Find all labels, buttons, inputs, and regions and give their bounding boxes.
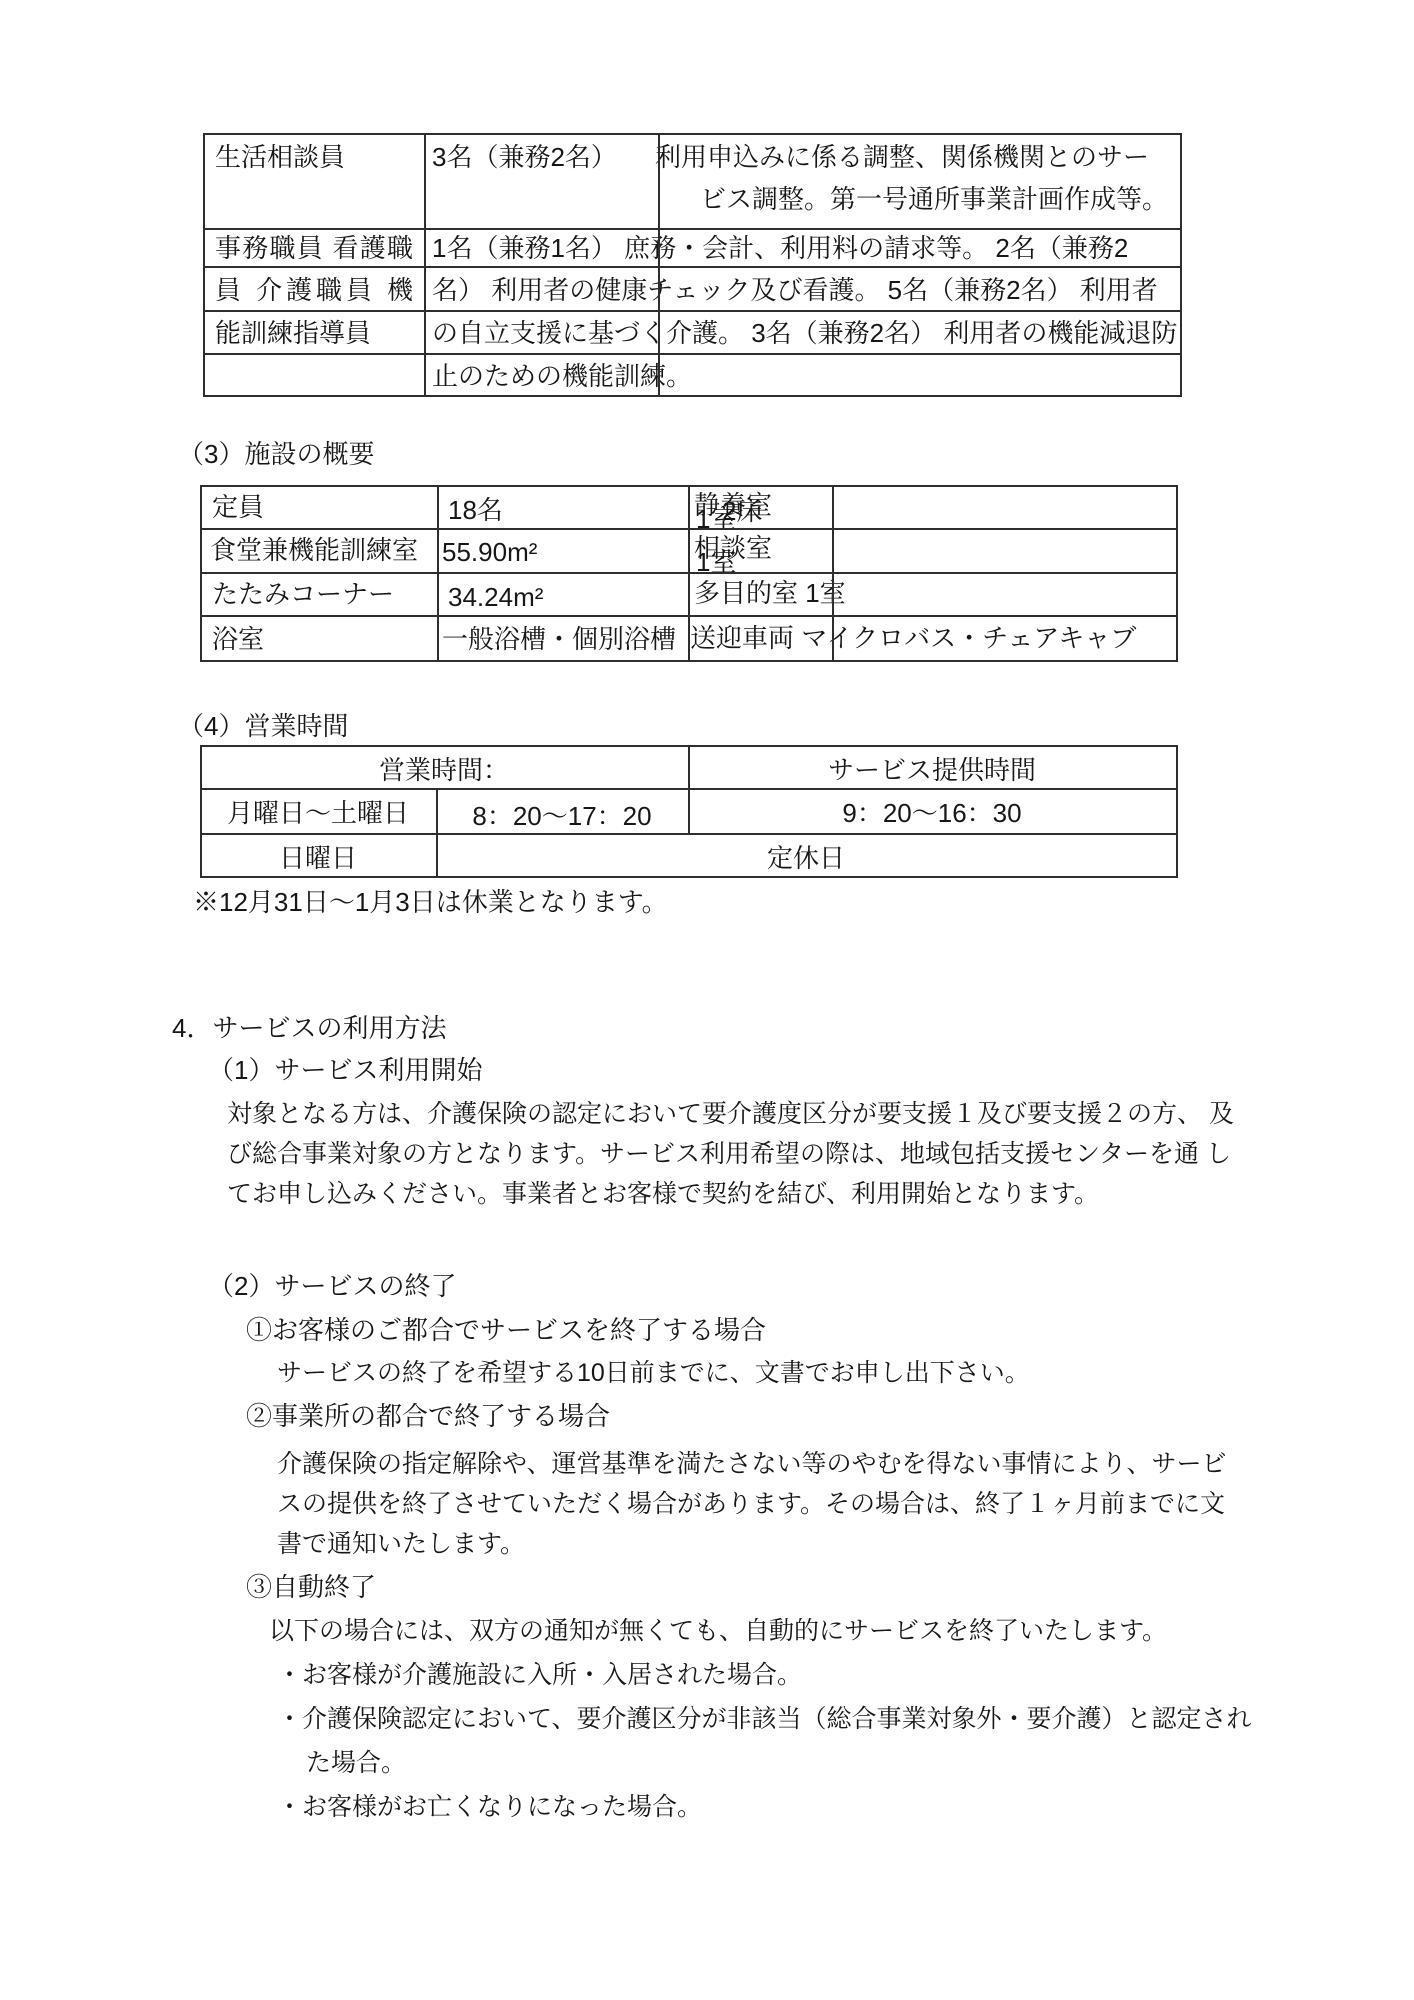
hours-divider2 [688, 745, 690, 833]
staff-table-border-bottom [203, 395, 1182, 397]
facility-table: 定員 18名 静養室 1室 2床 食堂兼機能訓練室 55.90m² 相談室 1室… [200, 485, 1178, 662]
usage-s2-item2: ②事業所の都合で終了する場合 [246, 1402, 610, 1432]
usage-s1-line3: てお申し込みください。事業者とお客様で契約を結び、利用開始となります。 [227, 1180, 1099, 1209]
hours-border-right [1176, 745, 1178, 878]
facility-heading: （3）施設の概要 [178, 440, 374, 470]
facility-r3c1: たたみコーナー [212, 580, 394, 610]
hours-r2c2: 定休日 [436, 844, 1176, 874]
usage-s2-item1: ①お客様のご都合でサービスを終了する場合 [246, 1316, 766, 1346]
usage-s2-item3: ③自動終了 [246, 1573, 376, 1603]
staff-table-border-left [203, 133, 205, 397]
usage-bullet1: ・お客様が介護施設に入所・入居された場合。 [277, 1661, 802, 1690]
hours-header-col12: 営業時間： [200, 756, 688, 786]
hours-r2c1: 日曜日 [200, 844, 436, 874]
facility-r1c3-ov2: 2床 [722, 498, 762, 524]
staff-row2-text: 1名（兼務1名） 庶務・会計、利用料の請求等。 2名（兼務2 [432, 234, 1128, 264]
staff-table-line [203, 310, 1182, 312]
facility-r3c3: 多目的室 1室 [694, 579, 846, 609]
staff-table: 生活相談員 3名（兼務2名） 利用申込みに係る調整、関係機関とのサー ビス調整。… [203, 133, 1182, 397]
facility-r4c3: 送迎車両 マイクロバス・チェアキャブ [690, 624, 1136, 654]
usage-s2-item2-line1: 介護保険の指定解除や、運営基準を満たさない等のやむを得ない事情により、サービ [277, 1450, 1227, 1479]
hours-border-left [200, 745, 202, 878]
facility-r2c1: 食堂兼機能訓練室 [210, 536, 418, 566]
staff-row4-text: の自立支援に基づく介護。 3名（兼務2名） 利用者の機能減退防 [432, 319, 1177, 349]
staff-row3-text: 名） 利用者の健康チェック及び看護。 5名（兼務2名） 利用者 [432, 276, 1158, 306]
document-page: 生活相談員 3名（兼務2名） 利用申込みに係る調整、関係機関とのサー ビス調整。… [0, 0, 1414, 2000]
facility-divider2 [688, 485, 690, 662]
staff-table-line [203, 266, 1182, 268]
staff-table-line [203, 228, 1182, 230]
usage-s2-heading: （2）サービスの終了 [208, 1272, 456, 1302]
staff-table-border-right [1180, 133, 1182, 397]
facility-r3c2: 34.24m² [448, 583, 543, 613]
staff-table-line [203, 353, 1182, 355]
hours-header-col3: サービス提供時間 [688, 756, 1176, 786]
hours-r1c1: 月曜日〜土曜日 [200, 799, 436, 829]
facility-r4c2: 一般浴槽・個別浴槽 [442, 625, 676, 655]
usage-s1-line2: び総合事業対象の方となります。サービス利用希望の際は、地域包括支援センターを通 … [227, 1140, 1231, 1169]
facility-border-right [1176, 485, 1178, 662]
staff-row1-count: 3名（兼務2名） [432, 143, 617, 173]
hours-divider1 [436, 788, 438, 878]
facility-r2c2: 55.90m² [442, 538, 537, 568]
staff-table-divider1 [424, 133, 426, 397]
usage-s2-item3-body: 以下の場合には、双方の通知が無くても、自動的にサービスを終了いたします。 [269, 1617, 1167, 1646]
staff-row1-desc-line1: 利用申込みに係る調整、関係機関とのサー [655, 143, 1149, 173]
hours-table: 営業時間： サービス提供時間 月曜日〜土曜日 8：20〜17：20 9：20〜1… [200, 745, 1178, 878]
facility-divider1 [437, 485, 439, 662]
staff-row1-desc-line2: ビス調整。第一号通所事業計画作成等。 [700, 185, 1168, 215]
facility-r2c3-overlap: 相談室 1室 [694, 535, 834, 572]
hours-heading: （4）営業時間 [178, 712, 348, 742]
staff-table-border-top [203, 133, 1182, 135]
staff-row5-text: 止のための機能訓練。 [432, 362, 692, 392]
staff-row4-label: 能訓練指導員 [215, 319, 371, 349]
usage-bullet2-cont: た場合。 [306, 1749, 406, 1778]
hours-line2 [200, 833, 1178, 835]
usage-bullet3: ・お客様がお亡くなりになった場合。 [277, 1793, 702, 1822]
hours-r1c2: 8：20〜17：20 [436, 802, 688, 832]
usage-heading: 4．サービスの利用方法 [172, 1014, 446, 1044]
staff-row3-label: 員 介護職員 機 [215, 276, 413, 306]
facility-r1c3-overlap: 静養室 1室 2床 [694, 492, 834, 528]
usage-s2-item1-body: サービスの終了を希望する10日前までに、文書でお申し出下さい。 [277, 1359, 1030, 1388]
usage-s2-item2-line2: スの提供を終了させていただく場合があります。その場合は、終了１ヶ月前までに文 [277, 1490, 1225, 1519]
usage-bullet2: ・介護保険認定において、要介護区分が非該当（総合事業対象外・要介護）と認定され [277, 1705, 1252, 1734]
hours-note: ※12月31日〜1月3日は休業となります。 [193, 888, 668, 918]
staff-row2-label: 事務職員 看護職 [215, 234, 413, 264]
facility-r1c2: 18名 [448, 496, 503, 526]
usage-s1-heading: （1）サービス利用開始 [208, 1056, 482, 1086]
hours-border-bottom [200, 876, 1178, 878]
usage-s2-item2-line3: 書で通知いたします。 [277, 1530, 525, 1559]
hours-r1c3: 9：20〜16：30 [688, 799, 1176, 829]
staff-row1-label: 生活相談員 [215, 143, 345, 173]
usage-s1-line1: 対象となる方は、介護保険の認定において要介護度区分が要支援１及び要支援２の方、 … [227, 1100, 1234, 1129]
facility-r4c1: 浴室 [212, 625, 264, 655]
facility-border-left [200, 485, 202, 662]
staff-table-divider2 [658, 133, 660, 397]
facility-divider3 [832, 485, 834, 662]
facility-r1c1: 定員 [212, 493, 264, 523]
